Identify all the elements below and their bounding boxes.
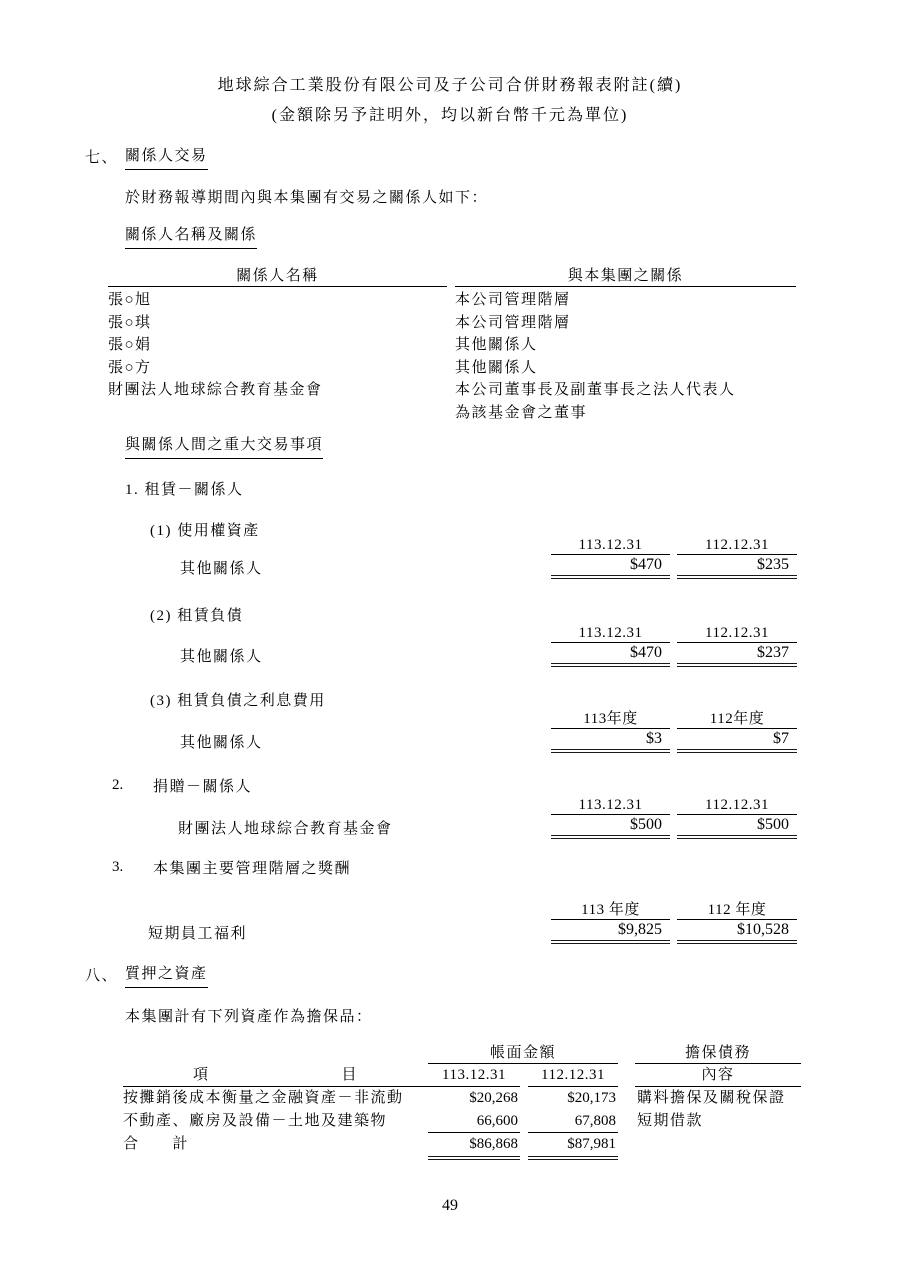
table-row: 張○娟 其他關係人: [108, 334, 798, 357]
column-header-date: 112.12.31: [677, 796, 797, 815]
party-name: 張○娟: [108, 334, 455, 357]
row-label: 短期員工福利: [148, 922, 247, 943]
spacer-cell: [618, 1087, 635, 1110]
column-header-year: 113 年度: [551, 901, 670, 920]
amount-value: $20,268: [428, 1087, 520, 1110]
amount-value: $500: [677, 815, 797, 835]
item3-label: 本集團主要管理階層之獎酬: [153, 859, 351, 879]
secured-liability-content: 短期借款: [635, 1110, 801, 1134]
double-rule: [677, 940, 797, 944]
item1-sub3-label: (3) 租賃負債之利息費用: [150, 691, 326, 711]
row-label: 其他關係人: [180, 557, 263, 578]
amount-value: 67,808: [528, 1110, 618, 1134]
secured-liability-content: [635, 1133, 801, 1160]
amount-value: $470: [551, 643, 670, 663]
spacer-cell: [618, 1110, 635, 1134]
party-relation: 本公司董事長及副董事長之法人代表人為該基金會之董事: [455, 379, 745, 424]
table-row: 財團法人地球綜合教育基金會 本公司董事長及副董事長之法人代表人為該基金會之董事: [108, 379, 798, 424]
spacer-cell: [520, 1110, 528, 1134]
transactions-subheading: 與關係人間之重大交易事項: [125, 435, 323, 459]
column-header-date: 113.12.31: [428, 1064, 520, 1087]
report-title-line1: 地球綜合工業股份有限公司及子公司合併財務報表附註(續): [10, 72, 890, 95]
double-rule: [551, 940, 670, 944]
spacer-cell: [520, 1064, 528, 1087]
row-label: 其他關係人: [180, 731, 263, 752]
amount-value: 66,600: [428, 1110, 520, 1134]
parties-col1-header: 關係人名稱: [108, 267, 447, 287]
report-title-line2: (金額除另予註明外，均以新台幣千元為單位): [10, 102, 890, 125]
column-header-year: 112 年度: [677, 901, 797, 920]
amount-value: $237: [677, 643, 797, 663]
column-header-date: 113.12.31: [551, 624, 670, 643]
column-header-date: 112.12.31: [677, 536, 797, 555]
spacer-cell: [618, 1133, 635, 1160]
item1-label: 1. 租賃－關係人: [125, 480, 244, 500]
double-rule: [677, 835, 797, 839]
double-rule: [677, 749, 797, 753]
column-header-date: 113.12.31: [551, 796, 670, 815]
spacer-cell: [520, 1087, 528, 1110]
double-rule: [551, 663, 670, 667]
party-relation: 本公司管理階層: [455, 289, 745, 312]
spacer-cell: [123, 1044, 428, 1064]
financial-report-page: 地球綜合工業股份有限公司及子公司合併財務報表附註(續) (金額除另予註明外，均以…: [0, 0, 900, 1273]
spacer-cell: [618, 1064, 635, 1087]
item-column-header: 項 目: [123, 1064, 428, 1087]
column-header-year: 112年度: [677, 710, 797, 729]
column-header-year: 113年度: [551, 710, 670, 729]
party-relation: 本公司管理階層: [455, 312, 745, 335]
party-name: 張○方: [108, 357, 455, 380]
party-name: 張○琪: [108, 312, 455, 335]
party-relation: 其他關係人: [455, 357, 745, 380]
total-value: $86,868: [428, 1133, 520, 1160]
secured-liability-group-header: 擔保債務: [635, 1044, 801, 1064]
amount-value: $470: [551, 555, 670, 575]
item3-heading: 3. 本集團主要管理階層之獎酬: [112, 859, 351, 879]
section7-intro: 於財務報導期間內與本集團有交易之關係人如下：: [125, 188, 488, 208]
total-value: $87,981: [528, 1133, 618, 1160]
column-header-date: 112.12.31: [528, 1064, 618, 1087]
total-label: 合 計: [123, 1133, 428, 1160]
item2-label: 捐贈－關係人: [153, 777, 252, 797]
pledged-assets-table: 帳面金額 擔保債務 項 目 113.12.31 112.12.31 內容 按攤銷…: [123, 1044, 801, 1160]
double-rule: [551, 749, 670, 753]
item2-heading: 2. 捐贈－關係人: [112, 777, 252, 797]
double-rule: [551, 575, 670, 579]
column-header-date: 112.12.31: [677, 624, 797, 643]
amount-value: $9,825: [551, 920, 670, 940]
item3-number: 3.: [112, 859, 153, 879]
section8-intro: 本集團計有下列資產作為擔保品：: [125, 1007, 373, 1027]
party-name: 財團法人地球綜合教育基金會: [108, 379, 455, 424]
spacer-cell: [618, 1044, 635, 1064]
section7-number: 七、: [85, 148, 118, 168]
amount-value: $235: [677, 555, 797, 575]
amount-value: $20,173: [528, 1087, 618, 1110]
section8-number: 八、: [85, 966, 118, 986]
carrying-amount-group-header: 帳面金額: [428, 1044, 618, 1064]
double-rule: [677, 575, 797, 579]
party-relation: 其他關係人: [455, 334, 745, 357]
amount-value: $3: [551, 729, 670, 749]
double-rule: [551, 835, 670, 839]
secured-liability-content: 購料擔保及關稅保證: [635, 1087, 801, 1110]
section8-heading: 質押之資產: [125, 964, 208, 988]
content-column-header: 內容: [635, 1064, 801, 1087]
parties-table-body: 張○旭 本公司管理階層 張○琪 本公司管理階層 張○娟 其他關係人 張○方 其他…: [108, 289, 798, 425]
page-number: 49: [10, 1197, 890, 1215]
item2-number: 2.: [112, 777, 153, 797]
pledged-item: 按攤銷後成本衡量之金融資產－非流動: [123, 1087, 428, 1110]
item1-sub1-label: (1) 使用權資產: [150, 521, 260, 541]
row-label: 其他關係人: [180, 645, 263, 666]
row-label: 財團法人地球綜合教育基金會: [178, 817, 393, 838]
section7-heading: 關係人交易: [125, 146, 208, 170]
pledged-item: 不動產、廠房及設備－土地及建築物: [123, 1110, 428, 1134]
table-row: 張○旭 本公司管理階層: [108, 289, 798, 312]
party-name: 張○旭: [108, 289, 455, 312]
item1-sub2-label: (2) 租賃負債: [150, 606, 243, 626]
column-header-date: 113.12.31: [551, 536, 670, 555]
spacer-cell: [520, 1133, 528, 1160]
amount-value: $500: [551, 815, 670, 835]
amount-value: $7: [677, 729, 797, 749]
parties-subheading: 關係人名稱及關係: [125, 225, 257, 249]
table-row: 張○方 其他關係人: [108, 357, 798, 380]
double-rule: [677, 663, 797, 667]
table-row: 張○琪 本公司管理階層: [108, 312, 798, 335]
amount-value: $10,528: [677, 920, 797, 940]
parties-col2-header: 與本集團之關係: [455, 267, 796, 287]
